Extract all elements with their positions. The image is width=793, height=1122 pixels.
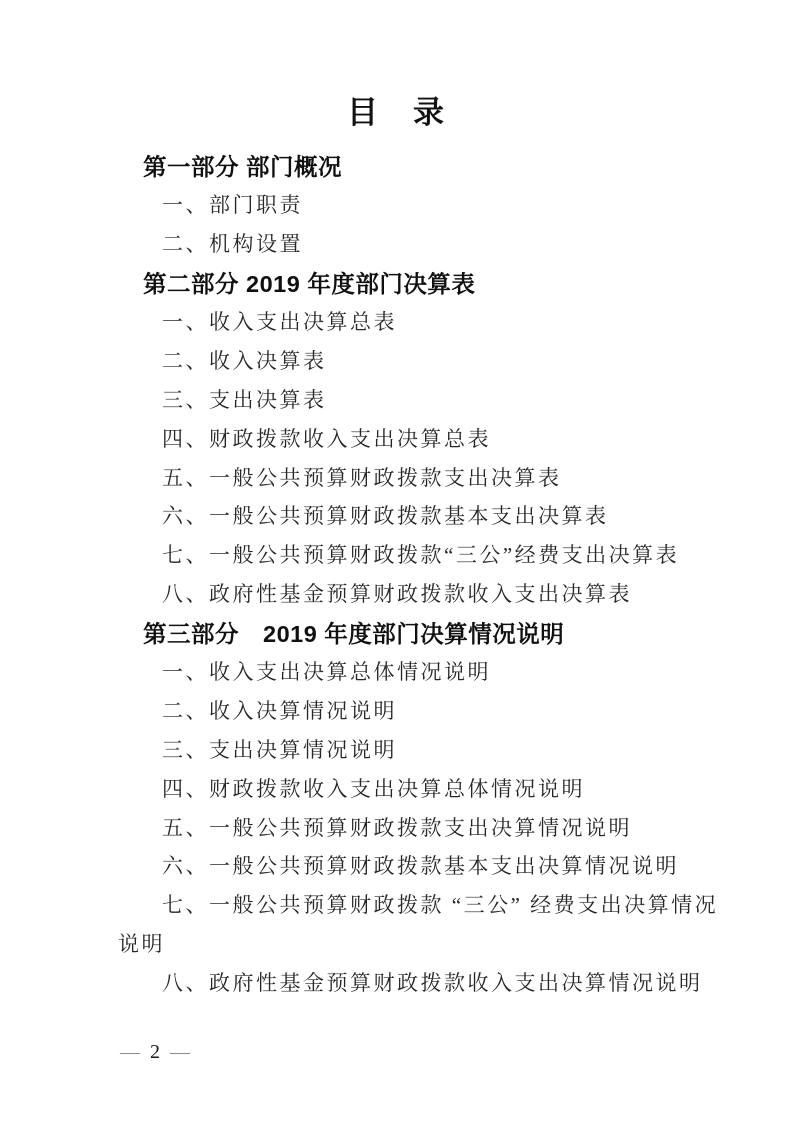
toc-item: 五、一般公共预算财政拨款支出决算表 (118, 457, 678, 496)
toc-item: 二、收入决算情况说明 (118, 690, 678, 729)
page-title: 目 录 (0, 92, 793, 134)
toc-item: 五、一般公共预算财政拨款支出决算情况说明 (118, 807, 678, 846)
toc-item: 二、收入决算表 (118, 340, 678, 379)
table-of-contents: 第一部分 部门概况 一、部门职责 二、机构设置 第二部分 2019 年度部门决算… (118, 146, 678, 1002)
toc-item: 三、支出决算情况说明 (118, 729, 678, 768)
section-2-heading: 第二部分 2019 年度部门决算表 (118, 263, 678, 302)
toc-item: 二、机构设置 (118, 224, 678, 263)
toc-item: 六、一般公共预算财政拨款基本支出决算表 (118, 496, 678, 535)
toc-item: 七、一般公共预算财政拨款“三公”经费支出决算表 (118, 535, 678, 574)
toc-item: 八、政府性基金预算财政拨款收入支出决算表 (118, 574, 678, 613)
toc-item: 七、一般公共预算财政拨款 “三公” 经费支出决算情况 (118, 885, 678, 924)
toc-item: 一、部门职责 (118, 185, 678, 224)
toc-item: 四、财政拨款收入支出决算总表 (118, 418, 678, 457)
toc-item: 一、收入支出决算总体情况说明 (118, 652, 678, 691)
section-1-heading: 第一部分 部门概况 (118, 146, 678, 185)
footer-dash-right: — (170, 1038, 190, 1066)
toc-item: 三、支出决算表 (118, 379, 678, 418)
toc-item: 八、政府性基金预算财政拨款收入支出决算情况说明 (118, 963, 678, 1002)
toc-item: 四、财政拨款收入支出决算总体情况说明 (118, 768, 678, 807)
toc-item-continuation: 说明 (118, 924, 678, 963)
section-3-heading: 第三部分 2019 年度部门决算情况说明 (118, 613, 678, 652)
document-page: 目 录 第一部分 部门概况 一、部门职责 二、机构设置 第二部分 2019 年度… (0, 0, 793, 1122)
toc-item: 六、一般公共预算财政拨款基本支出决算情况说明 (118, 846, 678, 885)
page-number: 2 (150, 1038, 160, 1066)
page-footer: — 2 — (120, 1038, 190, 1066)
toc-item: 一、收入支出决算总表 (118, 302, 678, 341)
footer-dash-left: — (120, 1038, 140, 1066)
